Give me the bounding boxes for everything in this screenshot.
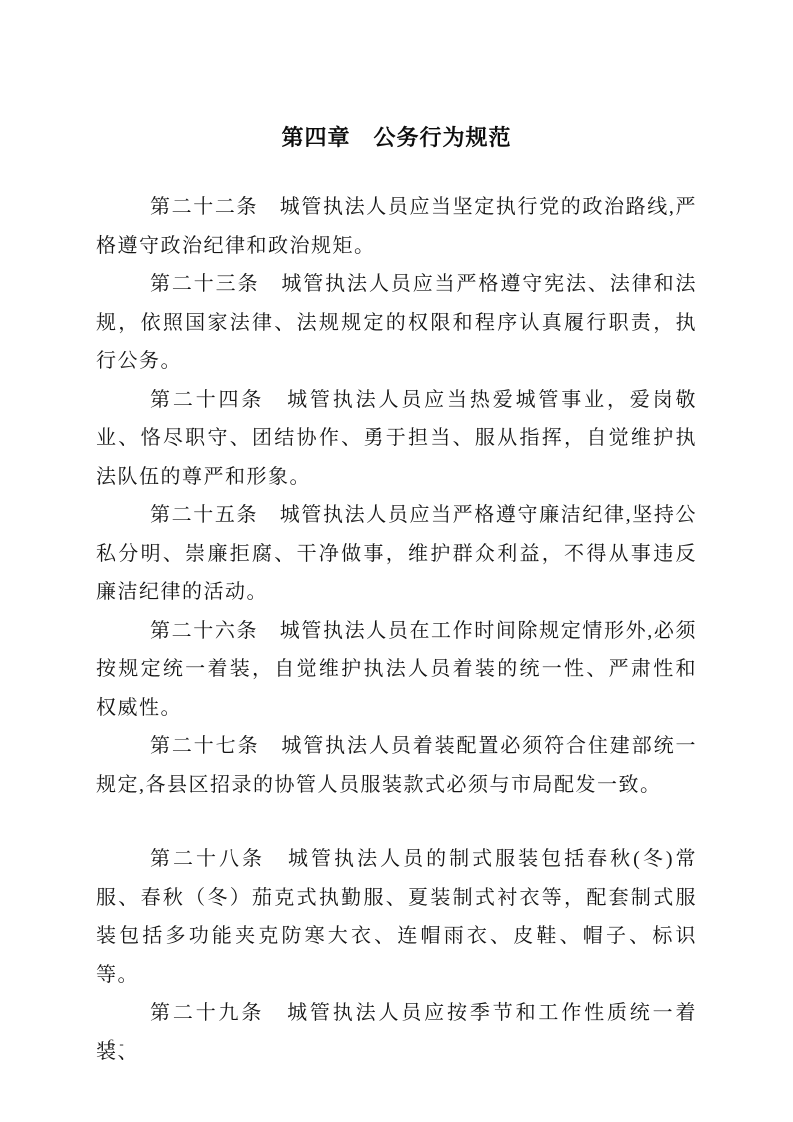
- article-paragraph-28: 第二十八条 城管执法人员的制式服装包括春秋(冬)常服、春秋（冬）茄克式执勤服、夏…: [96, 840, 697, 994]
- article-paragraph-29: 第二十九条 城管执法人员应按季节和工作性质统一着装、: [96, 994, 697, 1071]
- page-number: - 6 -: [98, 1036, 125, 1052]
- document-content: 第四章 公务行为规范 第二十二条 城管执法人员应当坚定执行党的政治路线,严格遵守…: [96, 120, 697, 1071]
- article-paragraph-26: 第二十六条 城管执法人员在工作时间除规定情形外,必须按规定统一着装，自觉维护执法…: [96, 612, 697, 728]
- article-paragraph-27: 第二十七条 城管执法人员着装配置必须符合住建部统一规定,各县区招录的协管人员服装…: [96, 727, 697, 804]
- document-page: 第四章 公务行为规范 第二十二条 城管执法人员应当坚定执行党的政治路线,严格遵守…: [0, 0, 793, 1122]
- article-paragraph-23: 第二十三条 城管执法人员应当严格遵守宪法、法律和法规，依照国家法律、法规规定的权…: [96, 265, 697, 381]
- article-paragraph-25: 第二十五条 城管执法人员应当严格遵守廉洁纪律,坚持公私分明、崇廉拒腐、干净做事，…: [96, 496, 697, 612]
- article-paragraph-22: 第二十二条 城管执法人员应当坚定执行党的政治路线,严格遵守政治纪律和政治规矩。: [96, 188, 697, 265]
- article-paragraph-24: 第二十四条 城管执法人员应当热爱城管事业，爱岗敬业、恪尽职守、团结协作、勇于担当…: [96, 381, 697, 497]
- chapter-title: 第四章 公务行为规范: [96, 120, 697, 156]
